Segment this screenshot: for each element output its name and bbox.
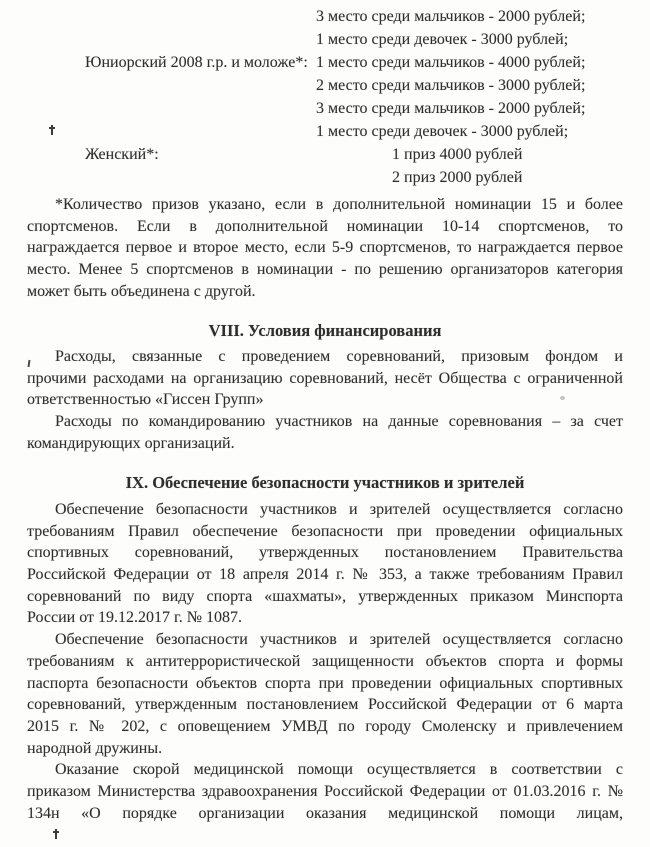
prize-amount: 3 место среди мальчиков - 2000 рублей; — [316, 100, 585, 118]
category-label: Женский*: — [85, 146, 159, 164]
text-line: 134н «О порядке организации оказания мед… — [27, 803, 623, 825]
footnote-paragraph: *Количество призов указано, если в допол… — [27, 194, 623, 302]
scan-artifact — [51, 125, 53, 135]
prize-amount: 1 место среди девочек - 3000 рублей; — [316, 31, 568, 49]
prize-row: 3 место среди мальчиков - 2000 рублей; — [0, 100, 650, 123]
text-line: Обеспечение безопасности участников и зр… — [27, 499, 623, 521]
category-label: Юниорский 2008 г.р. и моложе*: — [85, 54, 308, 72]
text-line: Расходы по командированию участников на … — [27, 411, 623, 433]
text-line: награждается первое и второе место, если… — [27, 237, 623, 259]
prize-row: Женский*:1 приз 4000 рублей — [0, 146, 650, 169]
prize-amount: 1 место среди мальчиков - 4000 рублей; — [316, 54, 585, 72]
section-viii-heading: VIII. Условия финансирования — [27, 321, 623, 340]
section-viii-body: Расходы, связанные с проведением соревно… — [27, 346, 623, 454]
text-line: народной дружины. — [27, 738, 623, 760]
text-line: паспорта безопасности объектов спорта пр… — [27, 673, 623, 695]
text-line: приказом Министерства здравоохранения Ро… — [27, 781, 623, 803]
text-line: *Количество призов указано, если в допол… — [27, 194, 623, 216]
text-line: 2015 г. № 202, с оповещением УМВД по гор… — [27, 716, 623, 738]
prize-amount: 1 место среди девочек - 3000 рублей; — [316, 123, 568, 141]
prize-row: 1 место среди девочек - 3000 рублей; — [0, 123, 650, 146]
text-line: соревнований по виду спорта «шахматы», у… — [27, 586, 623, 608]
text-line: соревнований, утвержденным постановление… — [27, 694, 623, 716]
text-line: Оказание скорой медицинской помощи осуще… — [27, 759, 623, 781]
text-line: спортивных соревнований, утвержденных по… — [27, 542, 623, 564]
text-line: Российской Федерации от 18 апреля 2014 г… — [27, 564, 623, 586]
prize-row: 2 место среди мальчиков - 3000 рублей; — [0, 77, 650, 100]
prize-row: 3 место среди мальчиков - 2000 рублей; — [0, 8, 650, 31]
section-ix-heading: IX. Обеспечение безопасности участников … — [27, 473, 623, 492]
text-line: требованиям к антитеррористической защищ… — [27, 651, 623, 673]
prize-row: 1 место среди девочек - 3000 рублей; — [0, 31, 650, 54]
text-line: командирующих организаций. — [27, 433, 623, 455]
prize-row: Юниорский 2008 г.р. и моложе*:1 место ср… — [0, 54, 650, 77]
prize-amount: 3 место среди мальчиков - 2000 рублей; — [316, 8, 585, 26]
text-line: Расходы, связанные с проведением соревно… — [27, 346, 623, 368]
prize-row: 2 приз 2000 рублей — [0, 169, 650, 192]
document-page: 3 место среди мальчиков - 2000 рублей;1 … — [0, 0, 650, 847]
scan-artifact — [560, 396, 565, 400]
text-line: может быть объединена с другой. — [27, 281, 623, 303]
prize-amount: 2 место среди мальчиков - 3000 рублей; — [316, 77, 585, 95]
section-ix-body: Обеспечение безопасности участников и зр… — [27, 499, 623, 824]
text-line: России от 19.12.2017 г. № 1087. — [27, 607, 623, 629]
text-line: спортсменов. Если в дополнительной номин… — [27, 216, 623, 238]
text-line: место. Менее 5 спортсменов в номинации -… — [27, 259, 623, 281]
text-line: прочими расходами на организацию соревно… — [27, 368, 623, 390]
prize-amount: 2 приз 2000 рублей — [392, 169, 522, 187]
scan-artifact — [55, 829, 57, 839]
prize-table: 3 место среди мальчиков - 2000 рублей;1 … — [0, 8, 650, 192]
prize-amount: 1 приз 4000 рублей — [392, 146, 522, 164]
text-line: Обеспечение безопасности участников и зр… — [27, 629, 623, 651]
text-line: ответственностью «Гиссен Групп» — [27, 389, 623, 411]
text-line: требованиям Правил обеспечение безопасно… — [27, 521, 623, 543]
